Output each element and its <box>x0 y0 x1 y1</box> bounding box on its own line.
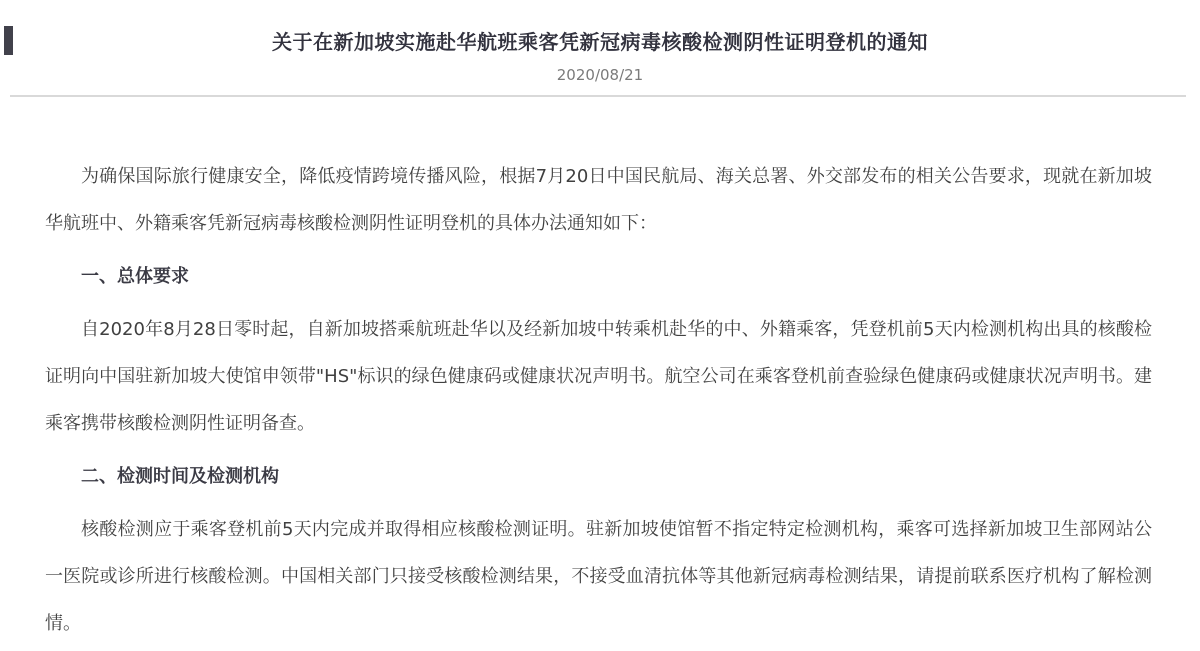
section-2-heading: 二、检测时间及检测机构 <box>45 453 1152 500</box>
section-1-line-2: 证明向中国驻新加坡大使馆申领带"HS"标识的绿色健康码或健康状况声明书。航空公司… <box>45 353 1152 400</box>
page-title: 关于在新加坡实施赴华航班乘客凭新冠病毒核酸检测阴性证明登机的通知 <box>0 30 1200 54</box>
section-2-line-1: 核酸检测应于乘客登机前5天内完成并取得相应核酸检测证明。驻新加坡使馆暂不指定特定… <box>45 506 1152 553</box>
section-1-heading: 一、总体要求 <box>45 253 1152 300</box>
intro-line-2: 华航班中、外籍乘客凭新冠病毒核酸检测阴性证明登机的具体办法通知如下： <box>45 200 1152 247</box>
paragraph-section-2: 核酸检测应于乘客登机前5天内完成并取得相应核酸检测证明。驻新加坡使馆暂不指定特定… <box>45 506 1152 647</box>
intro-line-1: 为确保国际旅行健康安全，降低疫情跨境传播风险，根据7月20日中国民航局、海关总署… <box>45 153 1152 200</box>
header-divider <box>10 95 1186 97</box>
notice-body: 为确保国际旅行健康安全，降低疫情跨境传播风险，根据7月20日中国民航局、海关总署… <box>0 153 1200 647</box>
section-1-line-1: 自2020年8月28日零时起，自新加坡搭乘航班赴华以及经新加坡中转乘机赴华的中、… <box>45 306 1152 353</box>
paragraph-intro: 为确保国际旅行健康安全，降低疫情跨境传播风险，根据7月20日中国民航局、海关总署… <box>45 153 1152 247</box>
publish-date: 2020/08/21 <box>0 66 1200 84</box>
section-1-line-3: 乘客携带核酸检测阴性证明备查。 <box>45 400 1152 447</box>
corner-artifact-mark <box>4 26 13 55</box>
notice-header: 关于在新加坡实施赴华航班乘客凭新冠病毒核酸检测阴性证明登机的通知 2020/08… <box>0 0 1200 84</box>
section-2-line-2: 一医院或诊所进行核酸检测。中国相关部门只接受核酸检测结果，不接受血清抗体等其他新… <box>45 553 1152 600</box>
notice-page: 关于在新加坡实施赴华航班乘客凭新冠病毒核酸检测阴性证明登机的通知 2020/08… <box>0 0 1200 651</box>
section-2-line-3: 情。 <box>45 600 1152 647</box>
paragraph-section-1: 自2020年8月28日零时起，自新加坡搭乘航班赴华以及经新加坡中转乘机赴华的中、… <box>45 306 1152 447</box>
